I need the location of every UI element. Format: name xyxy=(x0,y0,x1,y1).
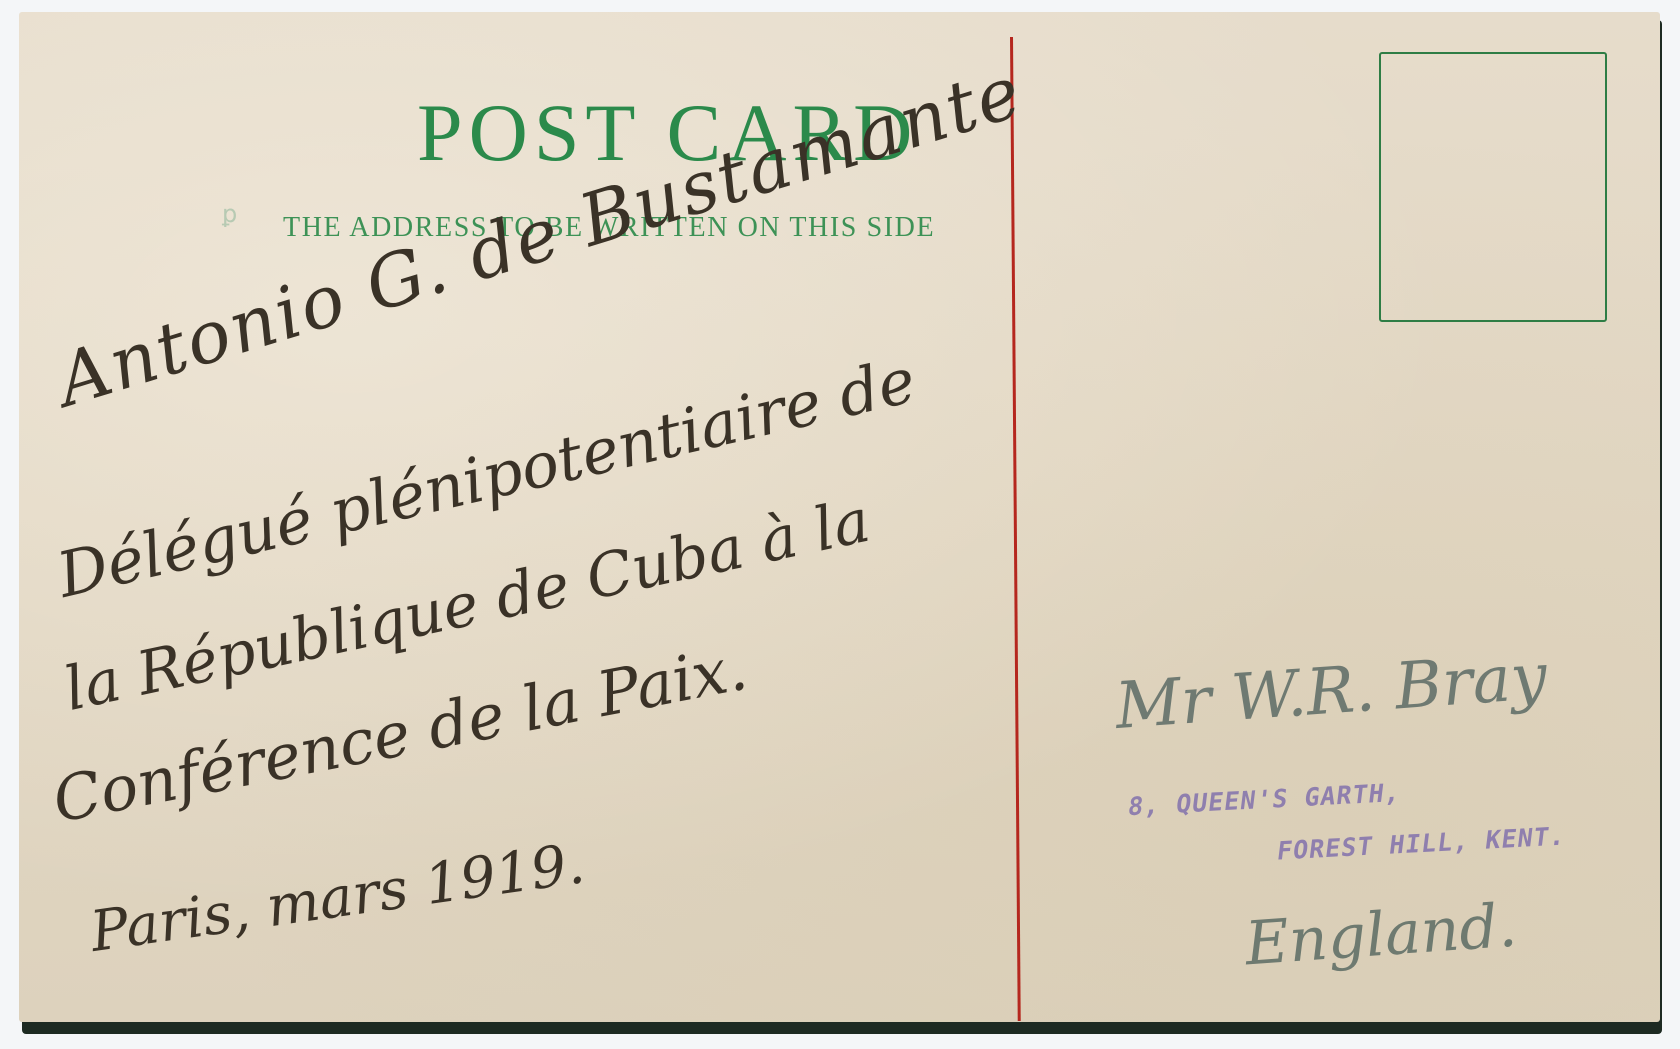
faint-mark-icon: ꝑ xyxy=(222,200,237,229)
recipient-country: England. xyxy=(1243,896,1518,975)
stamp-box xyxy=(1379,52,1607,322)
